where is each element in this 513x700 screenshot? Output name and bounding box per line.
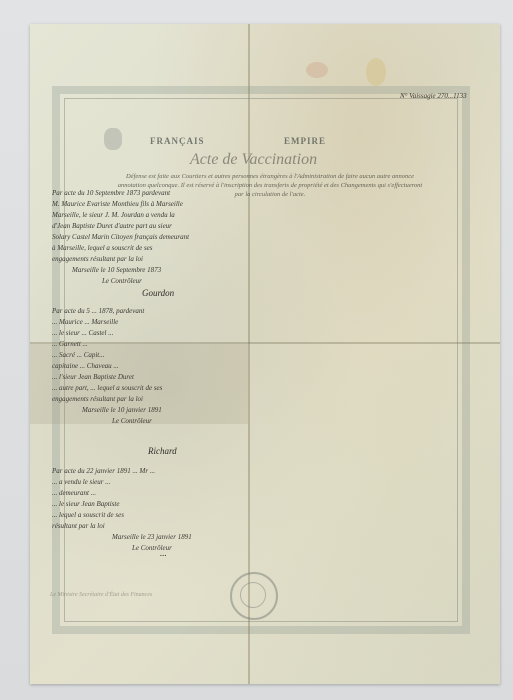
embossed-seal-icon	[230, 572, 278, 620]
entry-line: ... autre part, ... lequel a souscrit de…	[52, 383, 248, 394]
entry-line: ... lequel a souscrit de ses	[52, 510, 248, 521]
entry-role: Le Contrôleur	[52, 276, 248, 287]
entry-line: ... le sieur Jean Baptiste	[52, 499, 248, 510]
entry-line: ... demeurant ...	[52, 488, 248, 499]
entry-line: M. Maurice Evariste Monthieu fils à Mars…	[52, 199, 248, 210]
entry-line: ... Maurice ... Marseille	[52, 317, 248, 328]
reference-number: N° Vaissagie 270...1133	[400, 92, 467, 100]
entry-role: Le Contrôleur	[52, 543, 248, 554]
stain	[366, 58, 386, 86]
entry-date: Marseille le 23 janvier 1891	[52, 532, 248, 543]
footer-printed: Le Ministre Secrétaire d'État des Financ…	[50, 590, 250, 600]
document-title: Acte de Vaccination	[190, 151, 317, 169]
entry-2: Par acte du 5 ... 1878, pardevant ... Ma…	[52, 306, 248, 427]
notice-line: Défense est faite aux Courtiers et autre…	[90, 172, 450, 181]
signature-2: Richard	[148, 446, 177, 456]
entry-line: ... le sieur ... Castel ...	[52, 328, 248, 339]
entry-line: à Marseille, lequel a souscrit de ses	[52, 243, 248, 254]
entry-line: Marseille, le sieur J. M. Jourdan a vend…	[52, 210, 248, 221]
entry-line: engagements résultant par la loi	[52, 394, 248, 405]
entry-line: engagements résultant par la loi	[52, 254, 248, 265]
entry-line: résultant par la loi	[52, 521, 248, 532]
imperial-emblem-icon	[104, 128, 122, 150]
entry-line: ... a vendu le sieur ...	[52, 477, 248, 488]
document-sheet: FRANÇAIS EMPIRE Acte de Vaccination N° V…	[30, 24, 500, 684]
signature-3: ...	[160, 548, 167, 558]
signature-1: Gourdon	[142, 288, 174, 298]
header-left: FRANÇAIS	[150, 136, 205, 146]
entry-line: ... Sacré ... Capit...	[52, 350, 248, 361]
printed-faint-text	[262, 224, 442, 234]
entry-line: ... Garnett ...	[52, 339, 248, 350]
entry-3: Par acte du 22 janvier 1891 ... Mr ... .…	[52, 466, 248, 554]
entry-role: Le Contrôleur	[52, 416, 248, 427]
entry-line: d'Jean Baptiste Duret d'autre part au si…	[52, 221, 248, 232]
entry-line: Par acte du 5 ... 1878, pardevant	[52, 306, 248, 317]
entry-1: Par acte du 10 Septembre 1873 pardevant …	[52, 188, 248, 287]
entry-line: Par acte du 22 janvier 1891 ... Mr ...	[52, 466, 248, 477]
header-right: EMPIRE	[284, 136, 326, 146]
entry-line: ... l'sieur Jean Baptiste Duret	[52, 372, 248, 383]
entry-line: capitaine ... Chaveau ...	[52, 361, 248, 372]
entry-date: Marseille le 10 Septembre 1873	[52, 265, 248, 276]
entry-line: Par acte du 10 Septembre 1873 pardevant	[52, 188, 248, 199]
entry-line: Solary Castel Marin Citoyen français dem…	[52, 232, 248, 243]
stain	[306, 62, 328, 78]
entry-date: Marseille le 10 janvier 1891	[52, 405, 248, 416]
